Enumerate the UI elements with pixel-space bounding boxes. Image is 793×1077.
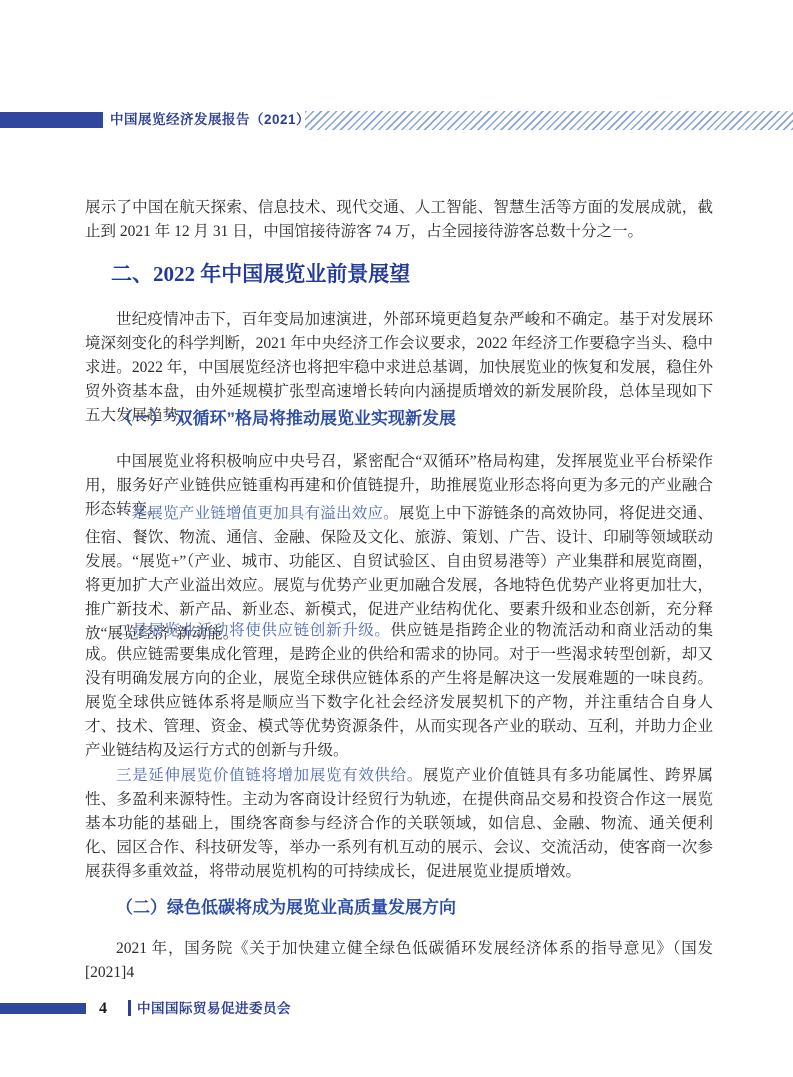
footer-accent-bar [0, 1003, 86, 1014]
report-title: 中国展览经济发展报告（2021） [110, 110, 310, 130]
header-accent-bar [0, 112, 103, 128]
subsection-2-heading: （二）绿色低碳将成为展览业高质量发展方向 [85, 896, 713, 920]
paragraph-subsection-2: 2021 年，国务院《关于加快建立健全绿色低碳循环发展经济体系的指导意见》（国发… [85, 937, 713, 985]
trend-3-lead: 三是延伸展览价值链将增加展览有效供给。 [116, 767, 423, 784]
header-hatch-pattern [305, 111, 793, 130]
section-heading: 二、2022 年中国展览业前景展望 [85, 259, 713, 289]
paragraph-trend-2: 二是展览业活动将使供应链创新升级。供应链是指跨企业的物流活动和商业活动的集成。供… [85, 619, 713, 763]
page-header: 中国展览经济发展报告（2021） [0, 110, 793, 132]
document-page: 中国展览经济发展报告（2021） 展示了中国在航天探索、信息技术、现代交通、人工… [0, 0, 793, 1077]
footer-divider [128, 1000, 131, 1016]
paragraph-continuation: 展示了中国在航天探索、信息技术、现代交通、人工智能、智慧生活等方面的发展成就，截… [85, 196, 713, 244]
trend-2-text: 供应链是指跨企业的物流活动和商业活动的集成。供应链需要集成化管理，是跨企业的供给… [85, 622, 713, 759]
page-footer: 4 中国国际贸易促进委员会 [0, 999, 793, 1021]
footer-organization: 中国国际贸易促进委员会 [137, 1000, 291, 1017]
trend-2-lead: 二是展览业活动将使供应链创新升级。 [116, 622, 391, 639]
subsection-1-heading: （一）“双循环”格局将推动展览业实现新发展 [85, 407, 713, 431]
trend-1-lead: 一是展览产业链增值更加具有溢出效应。 [116, 505, 399, 522]
paragraph-trend-3: 三是延伸展览价值链将增加展览有效供给。展览产业价值链具有多功能属性、跨界属性、多… [85, 764, 713, 884]
page-number: 4 [99, 999, 107, 1018]
